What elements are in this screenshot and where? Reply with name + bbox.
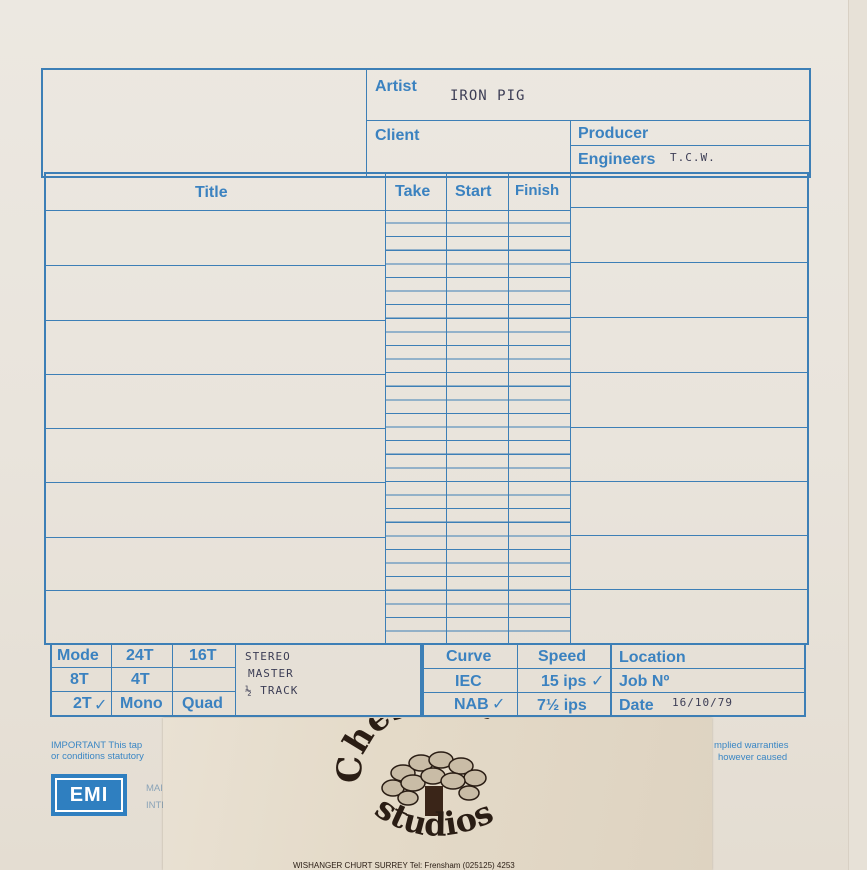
date-label: Date — [619, 697, 654, 715]
chestnut-studios-sticker: Chestnut studios WISHANGER CHURT SURREY … — [163, 718, 712, 870]
curve-nab[interactable]: NAB — [454, 696, 489, 714]
mode-note-line2: MASTER — [248, 667, 294, 680]
checkmark-icon: ✓ — [591, 671, 604, 691]
mode-quad[interactable]: Quad — [182, 695, 223, 713]
curve-iec[interactable]: IEC — [455, 673, 482, 691]
paper-edge — [848, 0, 867, 870]
notes-row[interactable] — [570, 589, 808, 590]
location-label: Location — [619, 649, 686, 667]
artist-label: Artist — [375, 78, 417, 96]
title-row[interactable] — [44, 590, 386, 591]
title-row[interactable] — [44, 537, 386, 538]
header-divider — [366, 68, 367, 177]
studio-address: WISHANGER CHURT SURREY Tel: Frensham (02… — [293, 861, 515, 870]
col-title: Title — [195, 184, 228, 202]
mode-24t[interactable]: 24T — [126, 647, 154, 665]
speed-15ips[interactable]: 15 ips — [541, 673, 586, 691]
important-notice-line2: or conditions statutory — [51, 751, 144, 762]
engineers-label: Engineers — [578, 151, 655, 169]
title-row[interactable] — [44, 265, 386, 266]
fine-print-line1: MAI — [146, 783, 163, 794]
engineers-field[interactable]: T.C.W. — [670, 151, 716, 164]
speed-7half-ips[interactable]: 7½ ips — [537, 697, 587, 715]
speed-label: Speed — [538, 648, 586, 666]
checkmark-icon: ✓ — [94, 695, 107, 715]
mode-4t[interactable]: 4T — [131, 671, 150, 689]
mode-16t[interactable]: 16T — [189, 647, 217, 665]
col-finish: Finish — [515, 182, 559, 199]
notes-row[interactable] — [570, 427, 808, 428]
notes-row[interactable] — [570, 262, 808, 263]
mode-note-line1: STEREO — [245, 650, 291, 663]
curve-label: Curve — [446, 648, 491, 666]
mode-8t[interactable]: 8T — [70, 671, 89, 689]
notes-row[interactable] — [570, 372, 808, 373]
mode-mono[interactable]: Mono — [120, 695, 163, 713]
important-notice-line1-right: mplied warranties — [714, 740, 788, 751]
mode-note-line3: ½ TRACK — [245, 684, 298, 697]
mode-2t[interactable]: 2T — [73, 695, 92, 713]
producer-label: Producer — [578, 125, 648, 143]
important-notice-line2-right: however caused — [718, 752, 787, 763]
col-start: Start — [455, 183, 491, 201]
chestnut-logo: Chestnut studios — [163, 718, 712, 870]
emi-logo-text: EMI — [55, 778, 123, 812]
client-label: Client — [375, 127, 419, 145]
col-take: Take — [395, 183, 430, 201]
title-row[interactable] — [44, 320, 386, 321]
title-row[interactable] — [44, 482, 386, 483]
emi-logo: EMI — [51, 774, 127, 816]
important-notice-line1: IMPORTANT This tap — [51, 740, 142, 751]
checkmark-icon: ✓ — [492, 694, 505, 714]
take-start-finish-grid[interactable] — [385, 210, 571, 644]
job-number-label: Job Nº — [619, 673, 669, 691]
notes-row[interactable] — [570, 481, 808, 482]
notes-row[interactable] — [570, 535, 808, 536]
date-field[interactable]: 16/10/79 — [672, 696, 733, 709]
notes-row[interactable] — [570, 317, 808, 318]
mode-label: Mode — [57, 647, 99, 665]
artist-field[interactable]: IRON PIG — [450, 88, 525, 104]
title-row[interactable] — [44, 428, 386, 429]
title-row[interactable] — [44, 374, 386, 375]
